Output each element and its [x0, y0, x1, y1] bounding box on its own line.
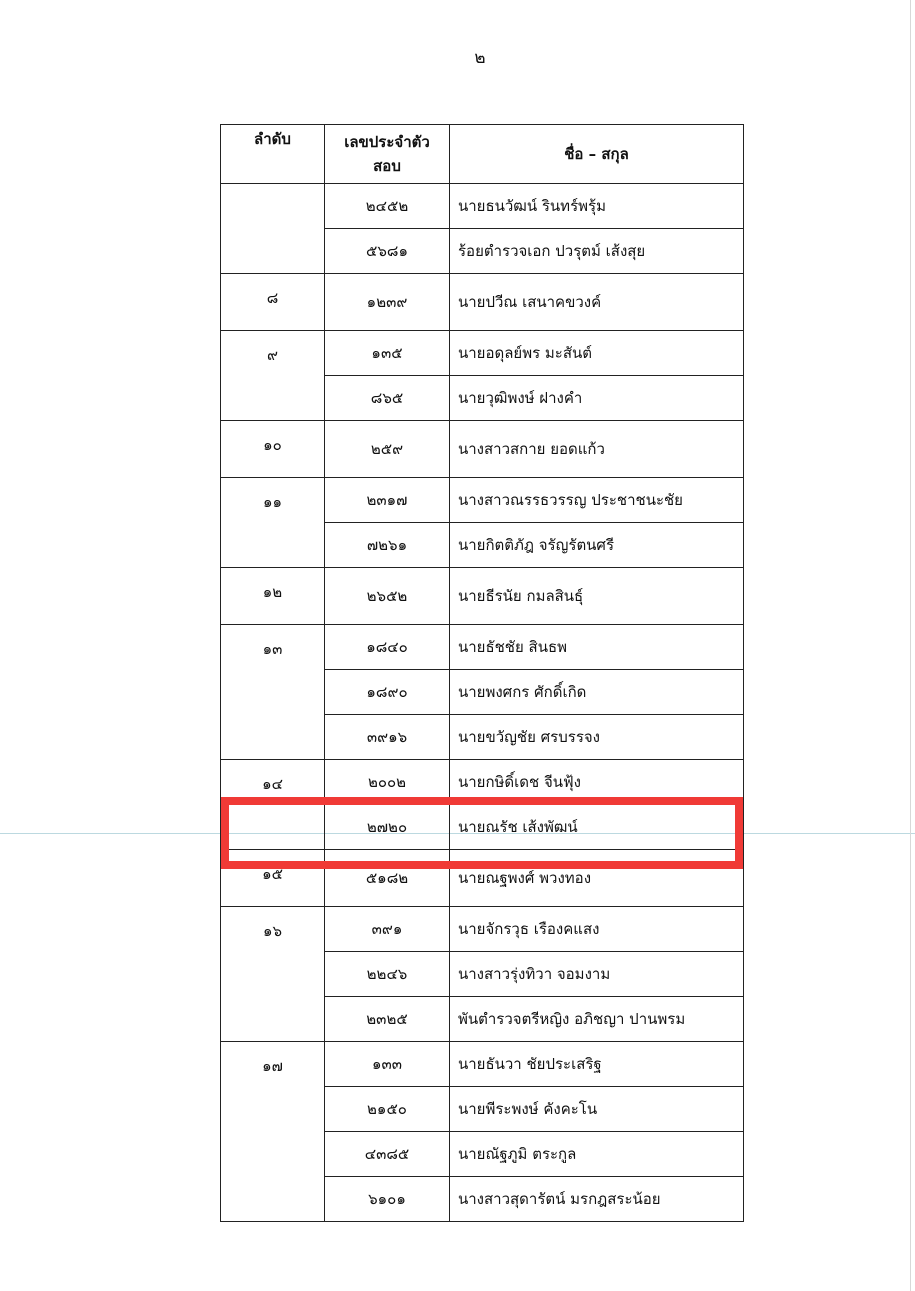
- scan-edge-line: [910, 0, 911, 1291]
- table-row: ๑๒๒๖๕๒นายธีรนัย กมลสินธุ์: [221, 568, 744, 625]
- table-row: ๑๖๓๙๑นายจักรวุธ เรืองคแสง: [221, 907, 744, 952]
- header-exam-id-line2: สอบ: [325, 154, 449, 178]
- name-cell: นายกษิดิ์เดช จีนฟุ้ง: [450, 760, 744, 805]
- exam-id-cell: ๓๙๑: [325, 907, 450, 952]
- order-cell: ๑๔: [221, 760, 325, 850]
- table-row: ๑๔๒๐๐๒นายกษิดิ์เดช จีนฟุ้ง: [221, 760, 744, 805]
- order-cell: ๑๒: [221, 568, 325, 625]
- exam-id-cell: ๕๑๘๒: [325, 850, 450, 907]
- order-cell: ๑๗: [221, 1042, 325, 1222]
- name-cell: นายธันวา ชัยประเสริฐ: [450, 1042, 744, 1087]
- exam-id-cell: ๒๑๕๐: [325, 1087, 450, 1132]
- exam-id-cell: ๑๓๕: [325, 331, 450, 376]
- table-row: ๑๑๒๓๑๗นางสาวณรรธวรรญ ประชาชนะชัย: [221, 478, 744, 523]
- table-row: ๑๐๒๕๙นางสาวสกาย ยอดแก้ว: [221, 421, 744, 478]
- table-row: ๘๑๒๓๙นายปวีณ เสนาคขวงค์: [221, 274, 744, 331]
- exam-id-cell: ๗๒๖๑: [325, 523, 450, 568]
- name-cell: นายขวัญชัย ศรบรรจง: [450, 715, 744, 760]
- header-exam-id: เลขประจำตัว สอบ: [325, 125, 450, 184]
- exam-id-cell: ๑๘๙๐: [325, 670, 450, 715]
- header-name: ชื่อ – สกุล: [450, 125, 744, 184]
- page-number: ๒: [0, 44, 915, 71]
- name-cell: นายพงศกร ศักดิ์เกิด: [450, 670, 744, 715]
- name-cell: นายวุฒิพงษ์ ฝางคำ: [450, 376, 744, 421]
- name-cell: นายพีระพงษ์ คังคะโน: [450, 1087, 744, 1132]
- name-cell: นางสาวสกาย ยอดแก้ว: [450, 421, 744, 478]
- order-cell: [221, 184, 325, 274]
- name-cell: นายอดุลย์พร มะสันต์: [450, 331, 744, 376]
- name-cell: ร้อยตำรวจเอก ปวรุตม์ เส้งสุย: [450, 229, 744, 274]
- name-cell: นายณรัช เส้งพัฒน์: [450, 805, 744, 850]
- name-cell: นางสาวณรรธวรรญ ประชาชนะชัย: [450, 478, 744, 523]
- exam-id-cell: ๔๓๘๕: [325, 1132, 450, 1177]
- header-exam-id-line1: เลขประจำตัว: [325, 130, 449, 154]
- order-cell: ๙: [221, 331, 325, 421]
- order-cell: ๑๖: [221, 907, 325, 1042]
- header-order: ลำดับ: [221, 125, 325, 184]
- exam-id-cell: ๒๓๑๗: [325, 478, 450, 523]
- name-cell: นายปวีณ เสนาคขวงค์: [450, 274, 744, 331]
- candidate-table: ลำดับ เลขประจำตัว สอบ ชื่อ – สกุล ๒๔๕๒นา…: [220, 124, 744, 1222]
- exam-id-cell: ๘๖๕: [325, 376, 450, 421]
- exam-id-cell: ๒๖๕๒: [325, 568, 450, 625]
- table-row: ๑๗๑๓๓นายธันวา ชัยประเสริฐ: [221, 1042, 744, 1087]
- exam-id-cell: ๑๓๓: [325, 1042, 450, 1087]
- exam-id-cell: ๓๙๑๖: [325, 715, 450, 760]
- order-cell: ๑๕: [221, 850, 325, 907]
- name-cell: นายธัชชัย สินธพ: [450, 625, 744, 670]
- name-cell: นายกิตติภัฎ จรัญรัตนศรี: [450, 523, 744, 568]
- exam-id-cell: ๒๒๔๖: [325, 952, 450, 997]
- order-cell: ๑๐: [221, 421, 325, 478]
- name-cell: พันตำรวจตรีหญิง อภิชญา ปานพรม: [450, 997, 744, 1042]
- name-cell: นายธนวัฒน์ รินทร์พรุ้ม: [450, 184, 744, 229]
- exam-id-cell: ๒๐๐๒: [325, 760, 450, 805]
- exam-id-cell: ๒๕๙: [325, 421, 450, 478]
- name-cell: นางสาวรุ่งทิวา จอมงาม: [450, 952, 744, 997]
- name-cell: นางสาวสุดารัตน์ มรกฎสระน้อย: [450, 1177, 744, 1222]
- name-cell: นายจักรวุธ เรืองคแสง: [450, 907, 744, 952]
- table-row: ๑๕๕๑๘๒นายณฐพงศ์ พวงทอง: [221, 850, 744, 907]
- name-cell: นายธีรนัย กมลสินธุ์: [450, 568, 744, 625]
- exam-id-cell: ๕๖๘๑: [325, 229, 450, 274]
- table-row: ๑๓๑๘๔๐นายธัชชัย สินธพ: [221, 625, 744, 670]
- order-cell: ๑๓: [221, 625, 325, 760]
- table-row: ๒๔๕๒นายธนวัฒน์ รินทร์พรุ้ม: [221, 184, 744, 229]
- table-header-row: ลำดับ เลขประจำตัว สอบ ชื่อ – สกุล: [221, 125, 744, 184]
- exam-id-cell: ๑๘๔๐: [325, 625, 450, 670]
- exam-id-cell: ๒๔๕๒: [325, 184, 450, 229]
- exam-id-cell: ๑๒๓๙: [325, 274, 450, 331]
- table-body: ๒๔๕๒นายธนวัฒน์ รินทร์พรุ้ม๕๖๘๑ร้อยตำรวจเ…: [221, 184, 744, 1222]
- exam-id-cell: ๒๗๒๐: [325, 805, 450, 850]
- exam-id-cell: ๒๓๒๕: [325, 997, 450, 1042]
- name-cell: นายณัฐภูมิ ตระกูล: [450, 1132, 744, 1177]
- exam-id-cell: ๖๑๐๑: [325, 1177, 450, 1222]
- order-cell: ๑๑: [221, 478, 325, 568]
- order-cell: ๘: [221, 274, 325, 331]
- table-row: ๙๑๓๕นายอดุลย์พร มะสันต์: [221, 331, 744, 376]
- name-cell: นายณฐพงศ์ พวงทอง: [450, 850, 744, 907]
